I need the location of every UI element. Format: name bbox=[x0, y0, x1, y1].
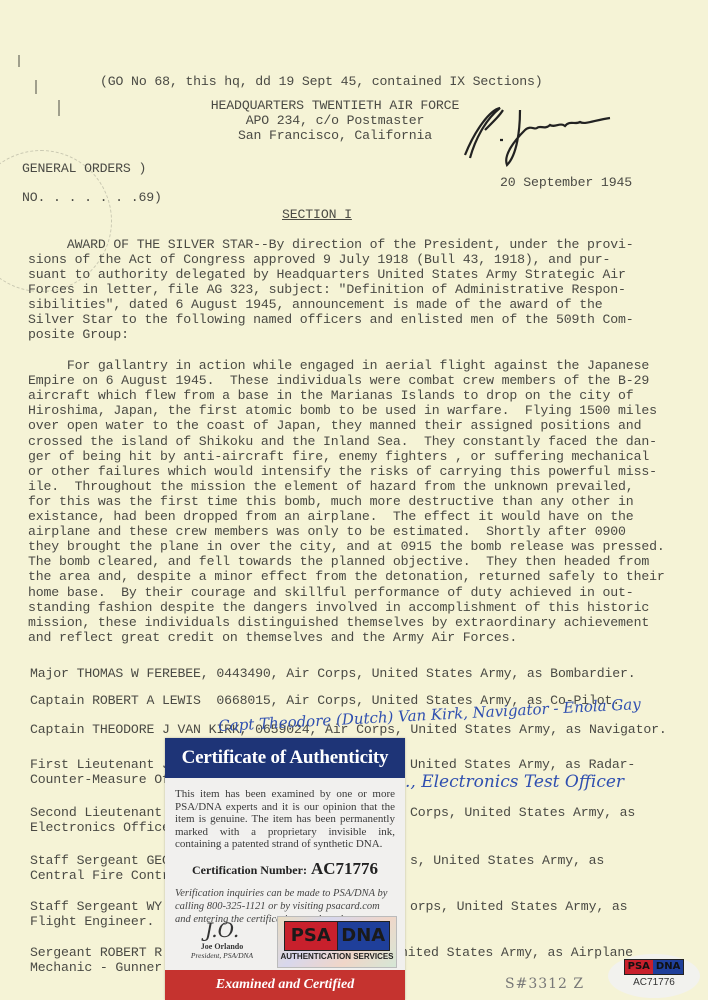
crew-entry: Staff Sergeant WY bbox=[30, 899, 162, 914]
handwritten-annotation: ., Electronics Test Officer bbox=[405, 772, 624, 792]
crew-entry: Major THOMAS W FEREBEE, 0443490, Air Cor… bbox=[30, 666, 636, 681]
crew-entry: First Lieutenant J bbox=[30, 757, 170, 772]
psa-dna-logo: PSADNA bbox=[624, 959, 685, 975]
citation-line: ger of being hit by anti-aircraft fire, … bbox=[28, 449, 649, 464]
crew-entry: Sergeant ROBERT R bbox=[30, 945, 162, 960]
certificate-of-authenticity: Certificate of Authenticity This item ha… bbox=[165, 738, 405, 1000]
crew-entry: Second Lieutenant bbox=[30, 805, 162, 820]
reference-line: (GO No 68, this hq, dd 19 Sept 45, conta… bbox=[100, 74, 543, 89]
citation-line: or other failures which would intensify … bbox=[28, 464, 657, 479]
president-signature: J.O. Joe Orlando President, PSA/DNA bbox=[177, 918, 267, 960]
citation-line: over open water to the coast of Japan, t… bbox=[28, 418, 641, 433]
citation-line: home base. By their courage and skillful… bbox=[28, 585, 634, 600]
certification-number: Certification Number:AC71776 bbox=[165, 859, 405, 879]
crew-entry: Staff Sergeant GEO bbox=[30, 853, 170, 868]
citation-line: aircraft which flew from a base in the M… bbox=[28, 388, 634, 403]
hq-line-3: San Francisco, California bbox=[190, 128, 480, 143]
citation-line: mission, these individuals distinguished… bbox=[28, 615, 649, 630]
section-title: SECTION I bbox=[282, 207, 352, 222]
authentication-sticker: PSADNA AC71776 bbox=[608, 954, 700, 998]
citation-line: Empire on 6 August 1945. These individua… bbox=[28, 373, 649, 388]
ink-mark bbox=[58, 100, 60, 116]
citation-line: they brought the plane in over the city,… bbox=[28, 539, 665, 554]
sticker-number: AC71776 bbox=[608, 977, 700, 988]
certificate-title: Certificate of Authenticity bbox=[165, 738, 405, 778]
citation-line: airplane and these crew members was only… bbox=[28, 524, 626, 539]
citation-line: crossed the island of Shikoku and the In… bbox=[28, 434, 657, 449]
psa-dna-logo: PSA DNA bbox=[284, 921, 390, 951]
certificate-body: This item has been examined by one or mo… bbox=[165, 778, 405, 851]
citation-line: existance, had been dropped from an airp… bbox=[28, 509, 634, 524]
citation-line: standing fashion despite the dangers inv… bbox=[28, 600, 649, 615]
citation-line: the area and, despite a minor effect fro… bbox=[28, 569, 665, 584]
citation-line: Hiroshima, Japan, the first atomic bomb … bbox=[28, 403, 657, 418]
certificate-footer: Examined and Certified bbox=[165, 970, 405, 1000]
citation-line: for this was the first time this bomb, m… bbox=[28, 494, 634, 509]
signature bbox=[445, 100, 625, 170]
hq-line-1: HEADQUARTERS TWENTIETH AIR FORCE bbox=[190, 98, 480, 113]
ink-mark bbox=[18, 55, 20, 67]
general-orders-label: GENERAL ORDERS ) bbox=[22, 161, 146, 176]
psa-dna-hologram: PSA DNA AUTHENTICATION SERVICES bbox=[277, 916, 397, 968]
inventory-mark: S#3312 Z bbox=[505, 976, 584, 992]
citation-line: For gallantry in action while engaged in… bbox=[28, 358, 649, 373]
citation-line: The bomb cleared, and fell towards the p… bbox=[28, 554, 649, 569]
citation-line: ile. Throughout the mission the element … bbox=[28, 479, 634, 494]
citation-line: and reflect great credit on themselves a… bbox=[28, 630, 517, 645]
hq-line-2: APO 234, c/o Postmaster bbox=[190, 113, 480, 128]
order-date: 20 September 1945 bbox=[500, 175, 632, 190]
ink-mark bbox=[35, 80, 37, 94]
general-orders-number: NO. . . . . . .69) bbox=[22, 190, 162, 205]
